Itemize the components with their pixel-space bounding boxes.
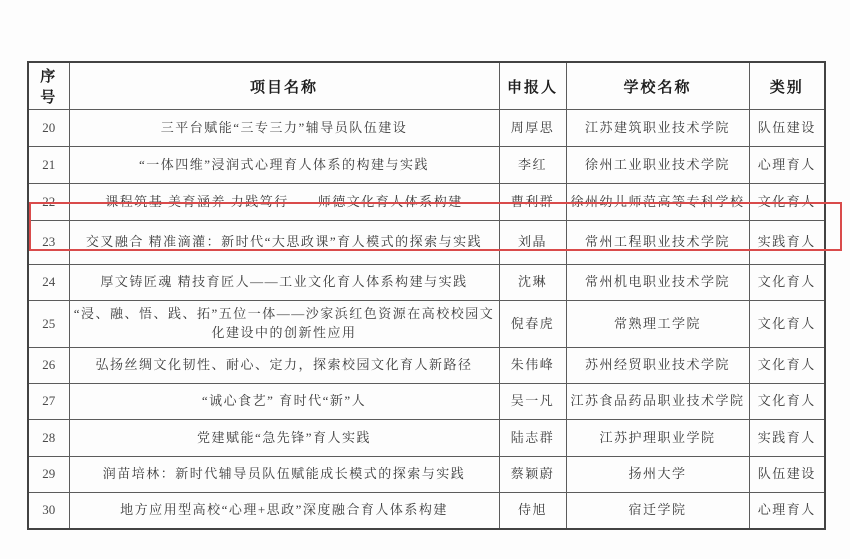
cell-no: 21 [28, 147, 69, 184]
cell-category: 文化育人 [749, 265, 825, 301]
cell-school: 徐州幼儿师范高等专科学校 [566, 184, 749, 221]
cell-project: “一体四维”浸润式心理育人体系的构建与实践 [69, 147, 499, 184]
header-no: 序号 [28, 62, 69, 110]
cell-school: 江苏护理职业学院 [566, 420, 749, 457]
table-row: 26 弘扬丝绸文化韧性、耐心、定力，探索校园文化育人新路径 朱伟峰 苏州经贸职业… [28, 348, 825, 384]
table-row: 29 润苗培林：新时代辅导员队伍赋能成长模式的探索与实践 蔡颖蔚 扬州大学 队伍… [28, 457, 825, 493]
header-applicant: 申报人 [499, 62, 566, 110]
cell-school: 徐州工业职业技术学院 [566, 147, 749, 184]
table-row: 27 “诚心食艺” 育时代“新”人 吴一凡 江苏食品药品职业技术学院 文化育人 [28, 384, 825, 420]
cell-category: 实践育人 [749, 420, 825, 457]
cell-applicant: 刘晶 [499, 221, 566, 265]
cell-category: 队伍建设 [749, 457, 825, 493]
cell-no: 20 [28, 110, 69, 147]
cell-project: 厚文铸匠魂 精技育匠人——工业文化育人体系构建与实践 [69, 265, 499, 301]
cell-project: 三平台赋能“三专三力”辅导员队伍建设 [69, 110, 499, 147]
cell-no: 22 [28, 184, 69, 221]
cell-category: 文化育人 [749, 301, 825, 348]
cell-category: 文化育人 [749, 184, 825, 221]
header-category: 类别 [749, 62, 825, 110]
cell-no: 23 [28, 221, 69, 265]
header-project: 项目名称 [69, 62, 499, 110]
cell-no: 28 [28, 420, 69, 457]
table-row-highlighted: 23 交叉融合 精准滴灌：新时代“大思政课”育人模式的探索与实践 刘晶 常州工程… [28, 221, 825, 265]
document-page: 序号 项目名称 申报人 学校名称 类别 20 三平台赋能“三专三力”辅导员队伍建… [0, 0, 850, 559]
cell-no: 26 [28, 348, 69, 384]
cell-project: 弘扬丝绸文化韧性、耐心、定力，探索校园文化育人新路径 [69, 348, 499, 384]
header-school: 学校名称 [566, 62, 749, 110]
cell-school: 江苏食品药品职业技术学院 [566, 384, 749, 420]
table-row: 21 “一体四维”浸润式心理育人体系的构建与实践 李红 徐州工业职业技术学院 心… [28, 147, 825, 184]
table-row: 25 “浸、融、悟、践、拓”五位一体——沙家浜红色资源在高校校园文化建设中的创新… [28, 301, 825, 348]
cell-category: 心理育人 [749, 493, 825, 529]
cell-applicant: 吴一凡 [499, 384, 566, 420]
cell-school: 宿迁学院 [566, 493, 749, 529]
cell-project: “诚心食艺” 育时代“新”人 [69, 384, 499, 420]
cell-school: 常熟理工学院 [566, 301, 749, 348]
cell-applicant: 沈琳 [499, 265, 566, 301]
cell-applicant: 倪春虎 [499, 301, 566, 348]
table-row: 24 厚文铸匠魂 精技育匠人——工业文化育人体系构建与实践 沈琳 常州机电职业技… [28, 265, 825, 301]
table-row: 28 党建赋能“急先锋”育人实践 陆志群 江苏护理职业学院 实践育人 [28, 420, 825, 457]
cell-school: 扬州大学 [566, 457, 749, 493]
table-row: 20 三平台赋能“三专三力”辅导员队伍建设 周厚思 江苏建筑职业技术学院 队伍建… [28, 110, 825, 147]
cell-no: 30 [28, 493, 69, 529]
cell-applicant: 曹利群 [499, 184, 566, 221]
cell-school: 常州工程职业技术学院 [566, 221, 749, 265]
project-list-table: 序号 项目名称 申报人 学校名称 类别 20 三平台赋能“三专三力”辅导员队伍建… [27, 61, 826, 530]
cell-project: 课程筑基 美育涵养 力践笃行——师德文化育人体系构建 [69, 184, 499, 221]
table-row: 22 课程筑基 美育涵养 力践笃行——师德文化育人体系构建 曹利群 徐州幼儿师范… [28, 184, 825, 221]
cell-category: 文化育人 [749, 384, 825, 420]
cell-category: 文化育人 [749, 348, 825, 384]
cell-project: 地方应用型高校“心理+思政”深度融合育人体系构建 [69, 493, 499, 529]
cell-applicant: 陆志群 [499, 420, 566, 457]
cell-school: 苏州经贸职业技术学院 [566, 348, 749, 384]
cell-no: 27 [28, 384, 69, 420]
cell-no: 29 [28, 457, 69, 493]
cell-no: 24 [28, 265, 69, 301]
table-header-row: 序号 项目名称 申报人 学校名称 类别 [28, 62, 825, 110]
cell-category: 实践育人 [749, 221, 825, 265]
cell-applicant: 朱伟峰 [499, 348, 566, 384]
table-row: 30 地方应用型高校“心理+思政”深度融合育人体系构建 侍旭 宿迁学院 心理育人 [28, 493, 825, 529]
cell-school: 江苏建筑职业技术学院 [566, 110, 749, 147]
cell-category: 队伍建设 [749, 110, 825, 147]
cell-project: 交叉融合 精准滴灌：新时代“大思政课”育人模式的探索与实践 [69, 221, 499, 265]
cell-school: 常州机电职业技术学院 [566, 265, 749, 301]
cell-project: 党建赋能“急先锋”育人实践 [69, 420, 499, 457]
cell-project: 润苗培林：新时代辅导员队伍赋能成长模式的探索与实践 [69, 457, 499, 493]
cell-applicant: 李红 [499, 147, 566, 184]
cell-applicant: 周厚思 [499, 110, 566, 147]
cell-project: “浸、融、悟、践、拓”五位一体——沙家浜红色资源在高校校园文化建设中的创新性应用 [69, 301, 499, 348]
cell-applicant: 侍旭 [499, 493, 566, 529]
cell-category: 心理育人 [749, 147, 825, 184]
cell-applicant: 蔡颖蔚 [499, 457, 566, 493]
cell-no: 25 [28, 301, 69, 348]
